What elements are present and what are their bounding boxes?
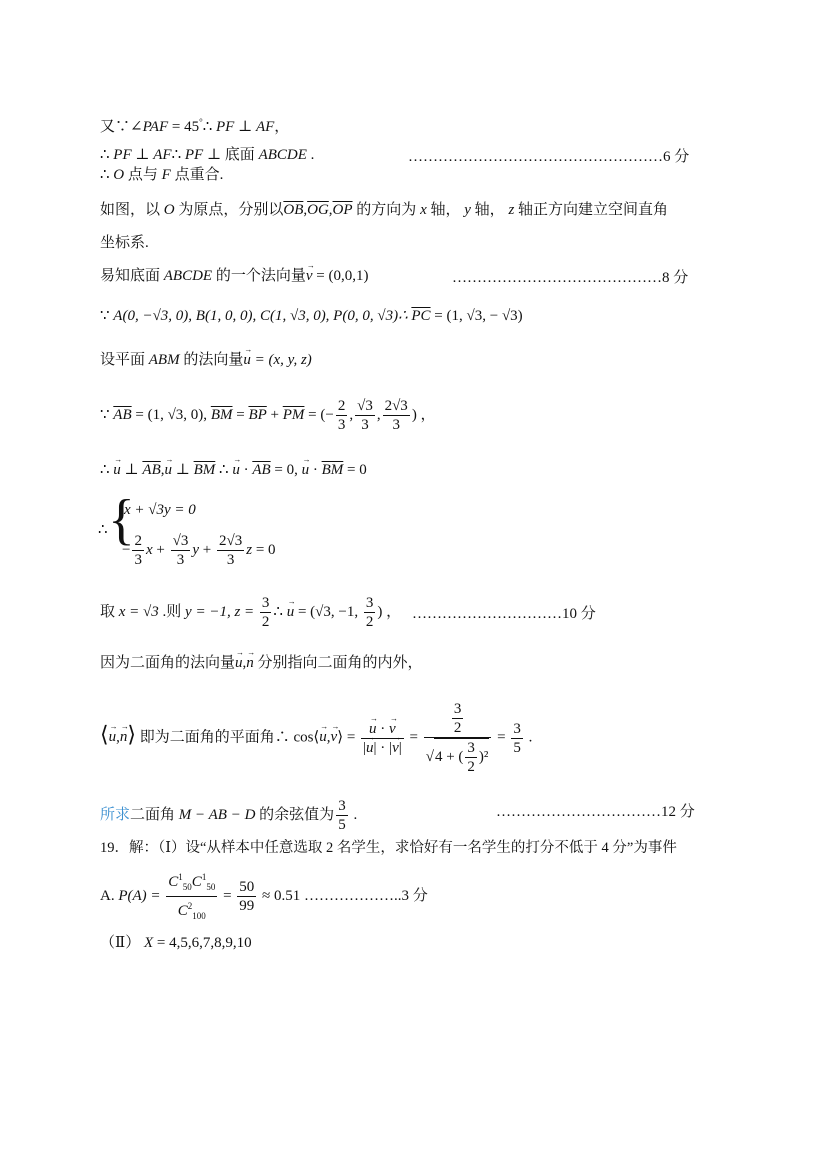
fraction: 32 [364, 594, 376, 631]
math-var: F [162, 167, 171, 183]
text: = (1, √3, − √3) [431, 308, 523, 324]
denominator: 2 [364, 613, 376, 631]
line-answer-cosine: 所求二面角 M − AB − D 的余弦值为35 . [100, 795, 357, 835]
math-expr: A(0, −√3, 0), B(1, 0, 0), C(1, √3, 0), P… [113, 308, 411, 324]
line-perp-conditions: ∴ u ⊥ AB,u ⊥ BM ∴ u · AB = 0, u · BM = 0 [100, 460, 367, 480]
math-var: ABM [149, 352, 180, 368]
text: ) ， [412, 407, 436, 423]
line-normal-v: 易知底面 ABCDE 的一个法向量v = (0,0,1) [100, 266, 368, 286]
text: ⊥ [172, 462, 194, 478]
vector-u: u [164, 460, 172, 480]
text: . [525, 729, 533, 745]
text: 设平面 [100, 352, 149, 368]
math-var: X [144, 935, 153, 951]
line-probability: A. P(A) = C150C150C2100 = 5099 ≈ 0.51 ……… [100, 868, 428, 925]
vector-u: u [235, 653, 243, 673]
text: 底面 [225, 147, 259, 163]
line-solve-u: 取 x = √3 .则 y = −1, z = 32∴ u = (√3, −1,… [100, 592, 401, 632]
vector-u: u [302, 460, 310, 480]
vector-bm: BM [211, 407, 233, 423]
line-o-f-coincide: ∴ O 点与 F 点重合. [100, 165, 223, 185]
math-var: C [178, 903, 188, 919]
line-normal-u: 设平面 ABM 的法向量u = (x, y, z) [100, 350, 312, 370]
vector-ob: OB [283, 202, 303, 218]
sup: 1 [202, 872, 207, 882]
text: . [307, 147, 315, 163]
text: ∴ [172, 147, 185, 163]
sub: 50 [183, 882, 192, 892]
math-expr: P(A) = [118, 888, 164, 904]
vector-pc: PC [411, 308, 430, 324]
denominator: 3 [336, 416, 348, 434]
fraction: √33 [171, 532, 191, 569]
vector-v: v [392, 739, 399, 757]
numerator: √3 [355, 397, 375, 416]
text: ≈ 0.51 ………………..3 分 [258, 888, 427, 904]
sup: 1 [178, 872, 183, 882]
fraction: √33 [355, 397, 375, 434]
text: = (− [304, 407, 333, 423]
math-var: ABCDE [164, 268, 212, 284]
text: ⟩ = [337, 729, 359, 745]
text: （Ⅱ） [100, 935, 144, 951]
math-var: C [168, 874, 178, 890]
text: = 0, [271, 462, 302, 478]
text: 点重合. [171, 167, 224, 183]
text: 轴正方向建立空间直角 [514, 202, 668, 218]
vector-n: n [120, 707, 128, 767]
text: 又∵∠ [100, 119, 143, 135]
fraction: 35 [336, 797, 348, 834]
text: ⊥ [234, 119, 256, 135]
denominator: 2 [260, 613, 272, 631]
text: ∵ [100, 407, 113, 423]
text: = 0 [252, 542, 275, 558]
vector-pm: PM [283, 407, 305, 423]
numerator: 2 [336, 397, 348, 416]
text: 轴， [471, 202, 509, 218]
denominator: 3 [355, 416, 375, 434]
line-point-coords: ∵ A(0, −√3, 0), B(1, 0, 0), C(1, √3, 0),… [100, 306, 523, 326]
math-var: y [192, 542, 199, 558]
text: )² [479, 749, 489, 765]
text: A. [100, 888, 118, 904]
fraction: 35 [511, 720, 523, 757]
text: = (1, √3, 0), [132, 407, 211, 423]
vector-u: u [287, 592, 295, 632]
math-var: O [164, 202, 175, 218]
text: 分别指向二面角的内外， [254, 655, 423, 671]
vector-u: u [243, 350, 251, 370]
line-coordinate-setup: 如图，以 O 为原点，分别以OB,OG,OP 的方向为 x 轴， y 轴， z … [100, 200, 668, 220]
numerator: 50 [237, 878, 256, 897]
text: ∴ [219, 462, 232, 478]
math-var: x [420, 202, 427, 218]
fraction: 2√33 [217, 532, 244, 569]
numerator: 32 [424, 700, 492, 738]
text: = 4,5,6,7,8,9,10 [153, 935, 251, 951]
text: ∴ [100, 167, 113, 183]
text: 4 + ( [435, 749, 463, 765]
denominator: 2 [465, 758, 477, 776]
text: ⊥ [203, 147, 225, 163]
math-var: O [113, 167, 124, 183]
denominator: 3 [217, 551, 244, 569]
sub: 100 [192, 911, 206, 921]
sub: 50 [206, 882, 215, 892]
system-lead: ∴ [98, 520, 108, 540]
vector-v: v [331, 707, 338, 767]
score-mark-10: …………………………10 分 [412, 602, 596, 623]
fraction: 23 [336, 397, 348, 434]
text: = (√3, −1, [294, 604, 362, 620]
math-var: C [192, 874, 202, 890]
fraction-combination: C150C150C2100 [166, 868, 217, 925]
text: 的方向为 [353, 202, 421, 218]
vector-ab: AB [113, 407, 131, 423]
text: ) ， [377, 604, 401, 620]
vector-bm: BM [194, 462, 216, 478]
fraction-value: 32√4 + (32)² [424, 700, 492, 776]
vector-v: v [306, 266, 313, 286]
angle-bracket-left: ⟨ [100, 721, 109, 746]
text: . [350, 807, 358, 823]
system-equation-2: −23x + √33y + 2√33z = 0 [122, 530, 276, 570]
text: 如图，以 [100, 202, 164, 218]
math-var: x [146, 542, 153, 558]
text: = (0,0,1) [313, 268, 369, 284]
vector-u: u [319, 707, 327, 767]
fraction: 23 [132, 532, 144, 569]
math-var: PF [216, 119, 234, 135]
text: 的一个法向量 [212, 268, 306, 284]
line-ab-bm-vectors: ∵ AB = (1, √3, 0), BM = BP + PM = (−23,√… [100, 395, 436, 435]
numerator: 3 [364, 594, 376, 613]
text: .则 [159, 604, 185, 620]
numerator: 2√3 [383, 397, 410, 416]
vector-u: u [113, 460, 121, 480]
vector-og: OG [307, 202, 329, 218]
math-var: y [464, 202, 471, 218]
denominator: |u| · |v| [361, 739, 404, 757]
vector-u: u [366, 739, 374, 757]
numerator: 3 [336, 797, 348, 816]
score-mark-8: ……………………………………8 分 [452, 266, 688, 287]
numerator: C150C150 [166, 868, 217, 897]
numerator: 3 [465, 739, 477, 758]
question-19-header: 19．解：（Ⅰ）设“从样本中任意选取 2 名学生，求恰好有一名学生的打分不低于 … [100, 838, 677, 858]
denominator: 3 [383, 416, 410, 434]
denominator: 2 [452, 719, 464, 737]
vector-ab: AB [252, 462, 270, 478]
vector-n: n [246, 653, 254, 673]
numerator: 2 [132, 532, 144, 551]
numerator: 3 [452, 700, 464, 719]
text: 的法向量 [180, 352, 244, 368]
vector-op: OP [333, 202, 353, 218]
text: 为原点，分别以 [175, 202, 284, 218]
text: 即为二面角的平面角∴ cos⟨ [136, 729, 319, 745]
math-expr: y = −1, z = [185, 604, 258, 620]
numerator: 3 [260, 594, 272, 613]
text: ， [274, 119, 289, 135]
denominator: 99 [237, 897, 256, 915]
text: 因为二面角的法向量 [100, 655, 235, 671]
numerator: 2√3 [217, 532, 244, 551]
line-angle-paf: 又∵∠PAF = 45°∴ PF ⊥ AF， [100, 112, 289, 137]
text: 易知底面 [100, 268, 164, 284]
denominator: √4 + (32)² [424, 738, 492, 776]
fraction: 2√33 [383, 397, 410, 434]
vector-ab: AB [142, 462, 160, 478]
math-var: AF [256, 119, 274, 135]
fraction: 5099 [237, 878, 256, 915]
denominator: 3 [132, 551, 144, 569]
math-var: ABCDE [259, 147, 307, 163]
text: ⊥ [121, 462, 143, 478]
numerator: 3 [511, 720, 523, 739]
math-expr: x = √3 [119, 604, 159, 620]
system-equation-1: x + √3y = 0 [124, 500, 196, 520]
denominator: 5 [336, 816, 348, 834]
line-normal-directions: 因为二面角的法向量u,n 分别指向二面角的内外， [100, 653, 423, 673]
denominator: 3 [171, 551, 191, 569]
math-expr: M − AB − D [179, 807, 256, 823]
text: 轴， [427, 202, 465, 218]
math-var: PF [185, 147, 203, 163]
text: ∴ [203, 119, 216, 135]
fraction: 32 [260, 594, 272, 631]
text: = 0 [343, 462, 366, 478]
text: 二面角 [130, 807, 179, 823]
score-mark-6: ……………………………………………6 分 [408, 145, 689, 166]
radicand: 4 + (32)² [434, 738, 489, 776]
line-coordinate-system: 坐标系. [100, 233, 149, 253]
math-var: AF [153, 147, 171, 163]
text: = (x, y, z) [251, 352, 312, 368]
numerator: √3 [171, 532, 191, 551]
text: ∴ [100, 147, 113, 163]
text: 取 [100, 604, 119, 620]
line-cosine-calc: ⟨u,n⟩ 即为二面角的平面角∴ cos⟨u,v⟩ = u · v|u| · |… [100, 700, 532, 780]
denominator: C2100 [166, 897, 217, 925]
text: 的余弦值为 [255, 807, 334, 823]
sup: 2 [188, 901, 193, 911]
text: ∴ [273, 604, 286, 620]
line-part2-x-values: （Ⅱ） X = 4,5,6,7,8,9,10 [100, 933, 252, 953]
vector-bm: BM [322, 462, 344, 478]
highlight-text: 所求 [100, 807, 130, 823]
fraction-dot-over-norms: u · v|u| · |v| [361, 720, 404, 757]
text: 点与 [124, 167, 162, 183]
line-pf-perp-base: ∴ PF ⊥ AF∴ PF ⊥ 底面 ABCDE . [100, 145, 314, 165]
fraction: 32 [465, 739, 477, 776]
math-var: PAF [143, 119, 169, 135]
fraction: 32 [452, 700, 464, 737]
text: ⊥ [132, 147, 154, 163]
vector-bp: BP [248, 407, 266, 423]
vector-u: u [232, 460, 240, 480]
text: = 45 [168, 119, 199, 135]
math-var: PF [113, 147, 131, 163]
vector-u: u [109, 707, 117, 767]
denominator: 5 [511, 739, 523, 757]
text: ∵ [100, 308, 113, 324]
math-expr: x + √3y = 0 [124, 502, 196, 518]
score-mark-12: ……………………………12 分 [496, 800, 695, 821]
text: ∴ [100, 462, 113, 478]
